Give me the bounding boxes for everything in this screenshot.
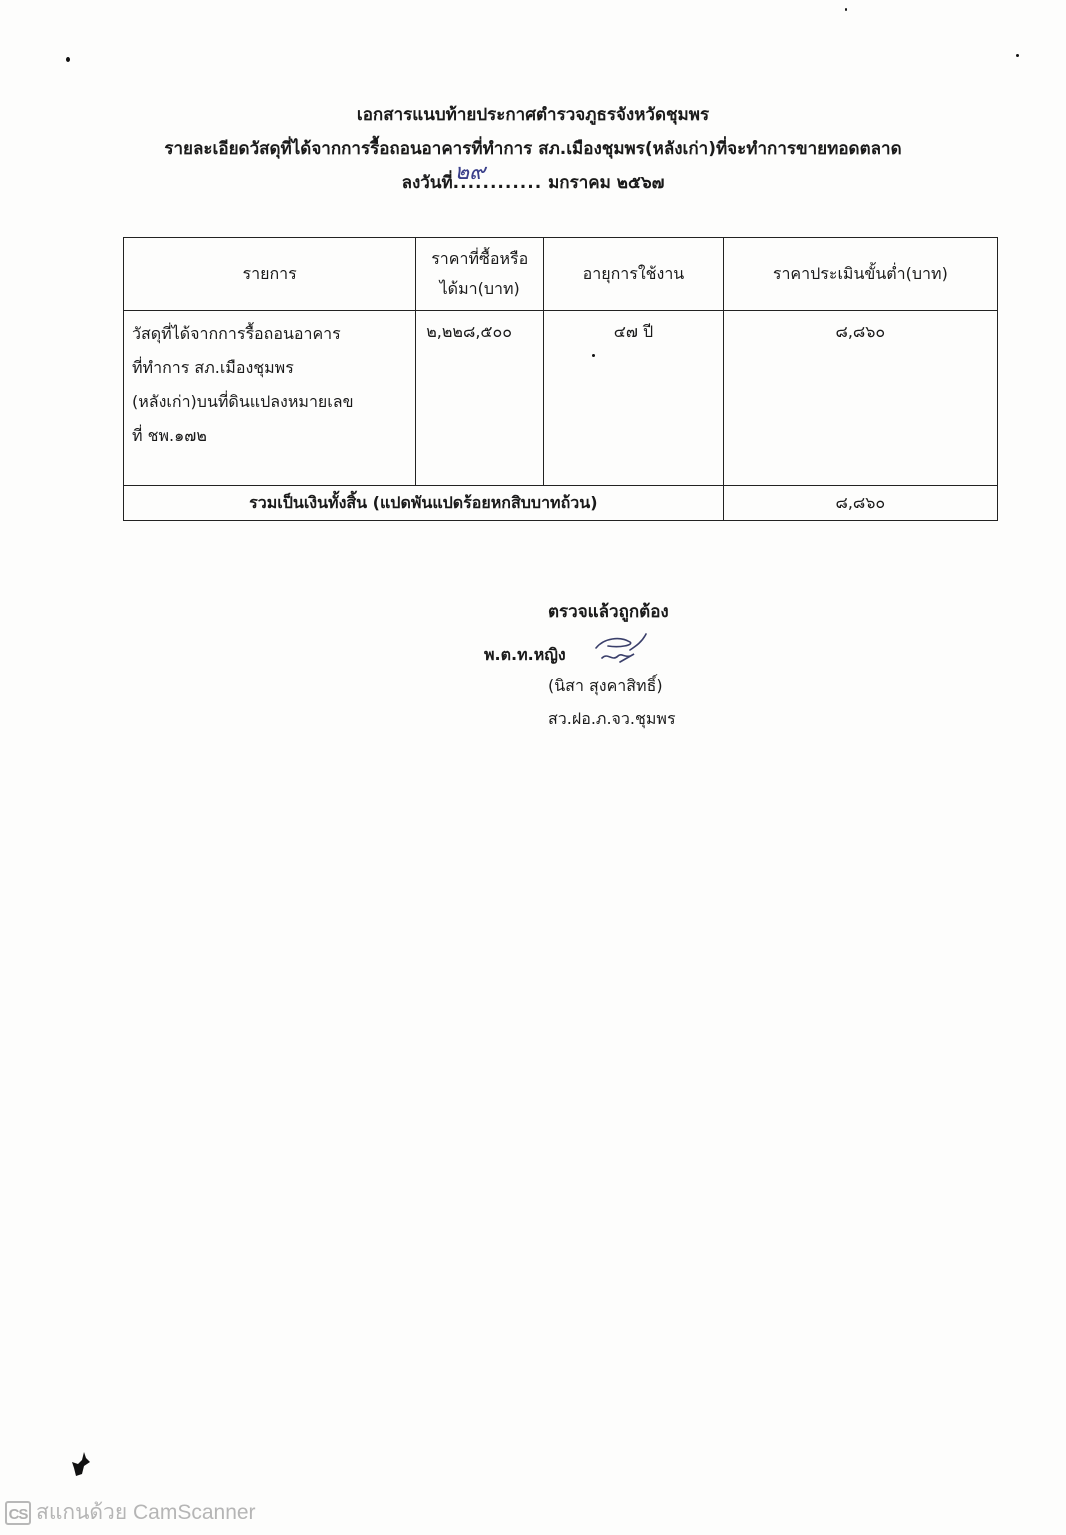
verified-label: ตรวจแล้วถูกต้อง <box>548 598 669 625</box>
document-date: ลงวันที่............๒๙ มกราคม ๒๕๖๗ <box>0 166 1066 200</box>
date-month-year: มกราคม ๒๕๖๗ <box>548 173 664 193</box>
date-day-handwritten: ๒๙ <box>455 156 486 190</box>
date-prefix: ลงวันที่ <box>402 173 453 193</box>
description-line: ที่ ชพ.๑๗๒ <box>132 419 407 453</box>
scan-speck <box>1016 54 1019 57</box>
date-fill: ............๒๙ <box>453 166 543 200</box>
description-line: (หลังเก่า)บนที่ดินแปลงหมายเลข <box>132 385 407 419</box>
header-min-price: ราคาประเมินขั้นต่ำ(บาท) <box>723 238 997 311</box>
ink-blot <box>72 1452 90 1478</box>
total-value: ๘,๘๖๐ <box>723 486 997 521</box>
document-subtitle: รายละเอียดวัสดุที่ได้จากการรื้อถอนอาคารท… <box>0 132 1066 166</box>
header-item: รายการ <box>124 238 416 311</box>
handwritten-signature <box>590 628 660 668</box>
description-line: ที่ทำการ สภ.เมืองชุมพร <box>132 351 407 385</box>
cell-service-life: ๔๗ ปี <box>544 311 724 486</box>
cell-min-price: ๘,๘๖๐ <box>723 311 997 486</box>
total-label: รวมเป็นเงินทั้งสิ้น (แปดพันแปดร้อยหกสิบบ… <box>124 486 724 521</box>
cell-description: วัสดุที่ได้จากการรื้อถอนอาคาร ที่ทำการ ส… <box>124 311 416 486</box>
signer-rank: พ.ต.ท.หญิง <box>484 643 566 668</box>
header-service-life: อายุการใช้งาน <box>544 238 724 311</box>
header-acquired-price-line2: ได้มา(บาท) <box>440 279 520 298</box>
signer-position: สว.ฝอ.ภ.จว.ชุมพร <box>548 707 676 732</box>
header-acquired-price: ราคาที่ซื้อหรือ ได้มา(บาท) <box>416 238 544 311</box>
description-line: วัสดุที่ได้จากการรื้อถอนอาคาร <box>132 317 407 351</box>
cell-acquired-price: ๒,๒๒๘,๕๐๐ <box>416 311 544 486</box>
signer-name: (นิสา สุงคาสิทธิ์) <box>548 674 663 699</box>
table-row: วัสดุที่ได้จากการรื้อถอนอาคาร ที่ทำการ ส… <box>124 311 998 486</box>
header-acquired-price-line1: ราคาที่ซื้อหรือ <box>431 249 528 268</box>
items-table: รายการ ราคาที่ซื้อหรือ ได้มา(บาท) อายุกา… <box>123 237 998 521</box>
camscanner-text: สแกนด้วย CamScanner <box>36 1496 256 1529</box>
camscanner-logo-icon: CS <box>5 1501 31 1525</box>
total-row: รวมเป็นเงินทั้งสิ้น (แปดพันแปดร้อยหกสิบบ… <box>124 486 998 521</box>
document-title: เอกสารแนบท้ายประกาศตำรวจภูธรจังหวัดชุมพร <box>0 98 1066 132</box>
scan-speck <box>845 8 847 11</box>
table-header-row: รายการ ราคาที่ซื้อหรือ ได้มา(บาท) อายุกา… <box>124 238 998 311</box>
scan-speck <box>66 57 70 62</box>
camscanner-watermark: CS สแกนด้วย CamScanner <box>5 1496 256 1529</box>
